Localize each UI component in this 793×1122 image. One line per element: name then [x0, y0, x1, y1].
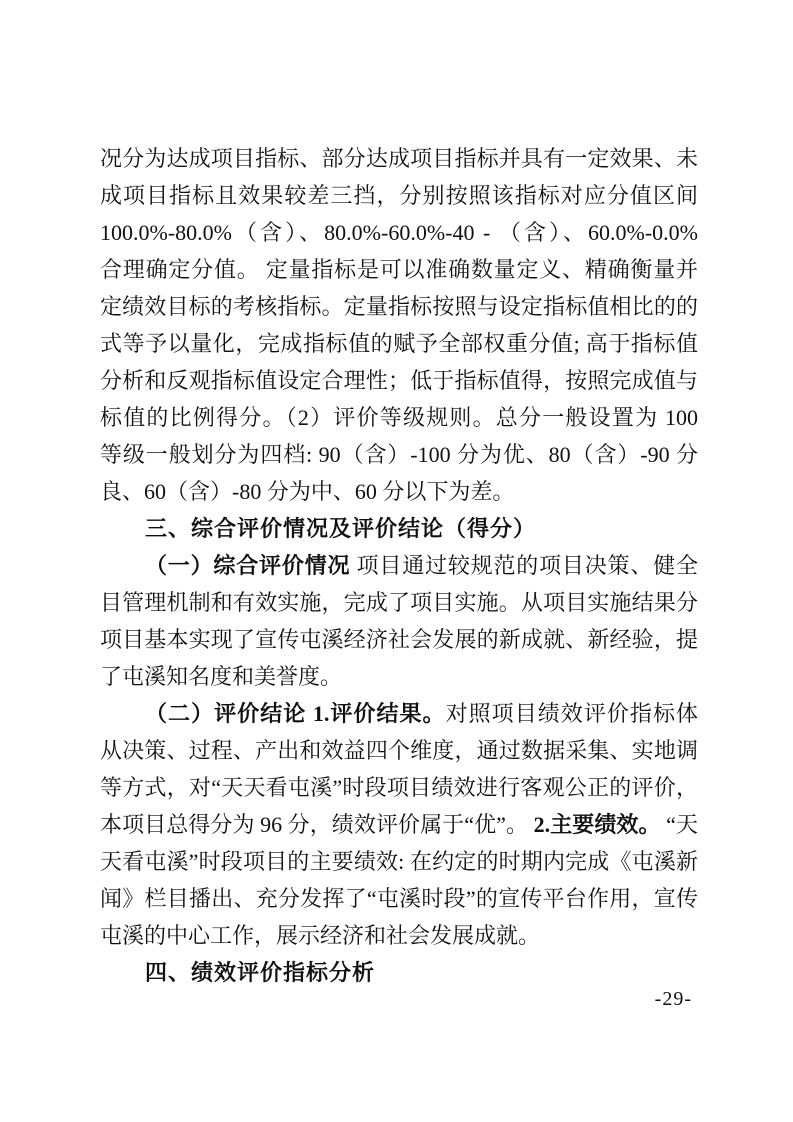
page-number: -29-	[655, 988, 692, 1011]
text-run: 合理确定分值。 定量指标是可以准确数量定义、精确衡量并能设	[100, 257, 698, 288]
text-line: 天看屯溪”时段项目的主要绩效: 在约定的时期内完成《屯溪新	[100, 843, 698, 880]
subheading-run: （一）综合评价情况	[145, 553, 357, 578]
text-line: 式等予以量化，完成指标值的赋予全部权重分值; 高于指标值的，	[100, 325, 698, 362]
document-body: 况分为达成项目指标、部分达成项目指标并具有一定效果、未达 成项目指标且效果较差三…	[100, 140, 698, 991]
text-line: 100.0%-80.0%（含）、80.0%-60.0%-40 - （含）、60.…	[100, 214, 698, 251]
text-run: 标值的比例得分。（2）评价等级规则。总分一般设置为 100 分，	[100, 405, 698, 436]
document-page: 况分为达成项目指标、部分达成项目指标并具有一定效果、未达 成项目指标且效果较差三…	[0, 0, 793, 1122]
text-line: 标值的比例得分。（2）评价等级规则。总分一般设置为 100 分，	[100, 399, 698, 436]
text-run: 从决策、过程、产出和效益四个维度，通过数据采集、实地调研	[100, 738, 698, 769]
text-line: （一）综合评价情况 项目通过较规范的项目决策、健全的项	[100, 547, 698, 584]
text-line: 况分为达成项目指标、部分达成项目指标并具有一定效果、未达	[100, 140, 698, 177]
text-line: （二）评价结论 1.评价结果。对照项目绩效评价指标体系，	[100, 695, 698, 732]
text-run: 屯溪的中心工作，展示经济和社会发展成就。	[100, 923, 540, 948]
text-line: 定绩效目标的考核指标。定量指标按照与设定指标值相比的的公	[100, 288, 698, 325]
text-line: 目管理机制和有效实施，完成了项目实施。从项目实施结果分析，	[100, 584, 698, 621]
text-line: 分析和反观指标值设定合理性；低于指标值得，按照完成值与指	[100, 362, 698, 399]
text-run: “天	[661, 812, 698, 837]
text-line: 闻》栏目播出、充分发挥了“屯溪时段”的宣传平台作用，宣传	[100, 880, 698, 917]
text-run: 良、60（含）-80 分为中、60 分以下为差。	[100, 479, 514, 504]
text-run: 等方式，对“天天看屯溪”时段项目绩效进行客观公正的评价，	[100, 775, 698, 800]
text-line: 良、60（含）-80 分为中、60 分以下为差。	[100, 473, 698, 510]
section-heading-3: 三、综合评价情况及评价结论（得分）	[100, 510, 698, 547]
text-line: 了屯溪知名度和美誉度。	[100, 658, 698, 695]
text-run: 分析和反观指标值设定合理性；低于指标值得，按照完成值与指	[100, 368, 698, 399]
text-line: 从决策、过程、产出和效益四个维度，通过数据采集、实地调研	[100, 732, 698, 769]
subheading-run: （二）评价结论 1.评价结果。	[145, 701, 446, 726]
text-run: 了屯溪知名度和美誉度。	[100, 664, 342, 689]
text-run: 闻》栏目播出、充分发挥了“屯溪时段”的宣传平台作用，宣传	[100, 886, 698, 911]
text-run: 目管理机制和有效实施，完成了项目实施。从项目实施结果分析，	[100, 590, 698, 621]
text-run: 项目基本实现了宣传屯溪经济社会发展的新成就、新经验，提升	[100, 627, 698, 658]
text-run: 天看屯溪”时段项目的主要绩效: 在约定的时期内完成《屯溪新	[100, 849, 698, 874]
text-line: 等方式，对“天天看屯溪”时段项目绩效进行客观公正的评价，	[100, 769, 698, 806]
heading-text: 三、综合评价情况及评价结论（得分）	[145, 516, 536, 541]
text-line: 合理确定分值。 定量指标是可以准确数量定义、精确衡量并能设	[100, 251, 698, 288]
text-run: 成项目指标且效果较差三挡，分别按照该指标对应分值区间	[100, 183, 698, 208]
text-line: 屯溪的中心工作，展示经济和社会发展成就。	[100, 917, 698, 954]
text-line: 等级一般划分为四档: 90（含）-100 分为优、80（含）-90 分为	[100, 436, 698, 473]
text-line: 项目基本实现了宣传屯溪经济社会发展的新成就、新经验，提升	[100, 621, 698, 658]
section-heading-4: 四、绩效评价指标分析	[100, 954, 698, 991]
text-line: 本项目总得分为 96 分，绩效评价属于“优”。 2.主要绩效。 “天	[100, 806, 698, 843]
text-run: 况分为达成项目指标、部分达成项目指标并具有一定效果、未达	[100, 146, 698, 177]
text-run: 定绩效目标的考核指标。定量指标按照与设定指标值相比的的公	[100, 294, 698, 325]
subheading-run: 2.主要绩效。	[534, 812, 661, 837]
heading-text: 四、绩效评价指标分析	[145, 960, 375, 985]
text-run: 式等予以量化，完成指标值的赋予全部权重分值; 高于指标值的，	[100, 331, 698, 362]
text-line: 成项目指标且效果较差三挡，分别按照该指标对应分值区间	[100, 177, 698, 214]
text-run: 本项目总得分为 96 分，绩效评价属于“优”。	[100, 812, 534, 837]
text-run: 等级一般划分为四档: 90（含）-100 分为优、80（含）-90 分为	[100, 442, 698, 473]
text-run: 100.0%-80.0%（含）、80.0%-60.0%-40 - （含）、60.…	[100, 220, 698, 245]
